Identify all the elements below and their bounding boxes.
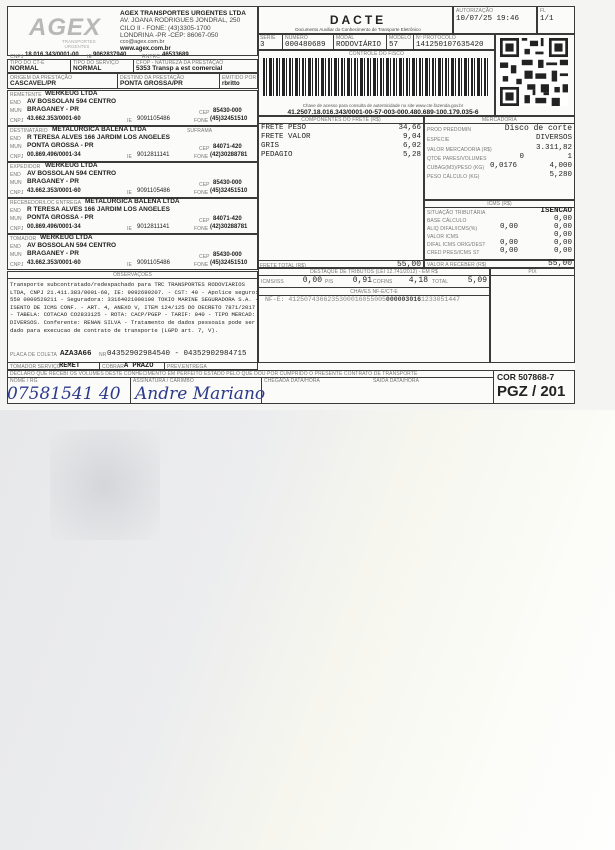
- componente-value: 5,28: [367, 151, 421, 159]
- remetente-cnpj: 43.662.353/0001-60: [27, 116, 81, 122]
- expedidor-municipio: BRAGANEY - PR: [27, 178, 79, 185]
- mun-label: MUN: [10, 108, 22, 114]
- base-calculo: 0,00: [532, 215, 572, 223]
- nfe-number: 000003016: [386, 296, 421, 303]
- emitido: rbritto: [222, 81, 240, 87]
- pix-box: [490, 268, 575, 363]
- end-label: END: [10, 100, 21, 106]
- company-ie: 9062837940: [93, 52, 126, 58]
- cep-label: CEP: [199, 146, 210, 152]
- cep-label: CEP: [199, 254, 210, 260]
- prod-predomin: Disco de corte: [487, 124, 572, 133]
- remetente-name: WERKEUG LTDA: [45, 90, 98, 97]
- valor-icms: 0,00: [532, 231, 572, 239]
- cofins: 4,18: [390, 276, 428, 285]
- recebedor-cnpj: 00.869.496/0001-34: [27, 224, 81, 230]
- cubagem-label: CUBAG(m3)/PESO (Kg): [427, 165, 484, 171]
- company-city: LONDRINA -PR -CEP: 86067-050: [120, 32, 246, 39]
- nfe-prefix: NF-E: 4125074366235300016055005: [265, 296, 386, 303]
- dacte-document: AGEX TRANSPORTES URGENTES AGEX TRANSPORT…: [7, 6, 575, 404]
- nfe-chave[interactable]: NF-E: 4125074366235300016055005000003016…: [265, 296, 460, 303]
- especie-label: ESPECIE: [427, 137, 449, 143]
- observacoes-text: Transporte subcontratado/redespachado pa…: [10, 281, 260, 334]
- situacao-tributaria-label: SITUAÇÃO TRIBUTÁRIA: [427, 210, 485, 216]
- handwritten-signature: Andre Mariano: [135, 384, 265, 404]
- ie-label: IE: [127, 154, 132, 160]
- qtde-label: QTDE PARES/VOLUMES: [427, 156, 487, 162]
- destinatario-municipio: PONTA GROSSA - PR: [27, 142, 94, 149]
- componente-name: FRETE PESO: [261, 124, 306, 132]
- cnpj-label: CNPJ: [10, 226, 23, 232]
- expedidor-cnpj: 43.662.353/0001-60: [27, 188, 81, 194]
- base-calculo-label: BASE CÁLCULO: [427, 218, 467, 224]
- autorizacao: 10/07/25 19:46: [456, 15, 519, 23]
- expedidor-ie: 9091105486: [137, 188, 170, 194]
- chegada-label: CHEGADA DATA/HORA: [264, 378, 320, 384]
- fone-label: FONE: [194, 226, 208, 232]
- end-label: END: [10, 172, 21, 178]
- tomador-endereco: AV BOSSOLAN 594 CENTRO: [27, 242, 116, 249]
- end-label: END: [10, 244, 21, 250]
- componente-value: 6,02: [367, 142, 421, 150]
- placa: AZA3A66: [60, 350, 92, 358]
- fone-label: FONE: [194, 154, 208, 160]
- saida-label: SAÍDA DATA/HORA: [373, 378, 419, 384]
- icms-iss: 0,00: [277, 276, 322, 285]
- tributos-total-label: TOTAL: [432, 279, 448, 285]
- ie-label: IE: [127, 262, 132, 268]
- modal: RODOVIÁRIO: [336, 41, 381, 49]
- componente-name: FRETE VALOR: [261, 133, 311, 141]
- remetente-cep: 85430-000: [213, 108, 242, 114]
- end-label: END: [10, 136, 21, 142]
- remetente-municipio: BRAGANEY - PR: [27, 106, 79, 113]
- company-rntrc: 46533689: [162, 52, 189, 58]
- ie-label: IE: [127, 118, 132, 124]
- paper-smudge: [50, 430, 160, 540]
- valor-icms-label: VALOR ICMS: [427, 234, 458, 240]
- expedidor-fone: (45)32451510: [210, 188, 247, 194]
- cred-pres-label: CRED PRES/ICMS ST: [427, 250, 480, 256]
- mun-label: MUN: [10, 216, 22, 222]
- valor-mercadoria: 3.311,82: [487, 144, 572, 152]
- componente-value: 34,66: [367, 124, 421, 132]
- tipo-cte: NORMAL: [10, 65, 39, 72]
- aliq-difal: 0,00: [490, 223, 518, 231]
- destinatario-cnpj: 00.869.496/0001-34: [27, 152, 81, 158]
- especie: DIVERSOS: [487, 134, 572, 142]
- cor-code: COR 507868-7: [497, 372, 554, 382]
- remetente-endereco: AV BOSSOLAN 594 CENTRO: [27, 98, 116, 105]
- difal-dest: 0,00: [532, 239, 572, 247]
- difal-orig: 0,00: [490, 239, 518, 247]
- logo-subtitle: TRANSPORTES URGENTES: [62, 39, 92, 49]
- expedidor-endereco: AV BOSSOLAN 594 CENTRO: [27, 170, 116, 177]
- cep-label: CEP: [199, 218, 210, 224]
- cobrar: A PRAZO: [124, 362, 153, 370]
- company-cnpj: 18.016.343/0001-00: [25, 52, 79, 58]
- remetente-fone: (45)32451510: [210, 116, 247, 122]
- modelo: 57: [389, 41, 398, 49]
- fone-label: FONE: [194, 118, 208, 124]
- fone-label: FONE: [194, 190, 208, 196]
- qtde-volumes: 1: [537, 153, 572, 161]
- dacte-subtitle: Documento Auxiliar do Conhecimento de Tr…: [265, 27, 451, 32]
- componente-name: PEDAGIO: [261, 151, 293, 159]
- cnpj-label: CNPJ: [10, 190, 23, 196]
- situacao-tributaria: ISENCAO: [512, 207, 572, 215]
- company-email[interactable]: cco@agex.com.br: [120, 39, 246, 46]
- pgz-code: PGZ / 201: [497, 383, 565, 400]
- tomador-fone: (45)32451510: [210, 260, 247, 266]
- fone-label: FONE: [194, 262, 208, 268]
- tipo-servico: NORMAL: [73, 65, 102, 72]
- mun-label: MUN: [10, 252, 22, 258]
- cnpj-label: CNPJ: [10, 118, 23, 124]
- fl: 1/1: [540, 15, 554, 23]
- chave-acesso[interactable]: 41.2507.18.016.343/0001-00-57-003-000.48…: [265, 109, 501, 116]
- pis-label: PIS: [325, 279, 333, 285]
- autorizacao-label: AUTORIZAÇÃO: [456, 8, 493, 14]
- protocolo: 141250107635420: [416, 41, 484, 49]
- cnpj-label: CNPJ: [10, 262, 23, 268]
- peso: 4,000: [532, 162, 572, 170]
- destinatario-name: METALURGICA BALENA LTDA: [52, 126, 147, 133]
- recebedor-cep: 84071-420: [213, 216, 242, 222]
- valor-mercadoria-label: VALOR MERCADORIA (R$): [427, 147, 492, 153]
- recebedor-endereco: R TERESA ALVES 166 JARDIM LOS ANGELES: [27, 206, 170, 213]
- controle-fisco-label: CONTROLE DO FISCO: [258, 51, 495, 57]
- tomador-servico: REMET: [59, 362, 80, 370]
- difal-label: DIFAL ICMS ORIG/DEST: [427, 242, 486, 248]
- qtde-pares: 0: [497, 153, 524, 161]
- qr-code-icon[interactable]: [500, 38, 568, 106]
- componente-value: 9,04: [367, 133, 421, 141]
- icms-st: 0,00: [532, 247, 572, 255]
- fl-label: FL: [540, 8, 546, 14]
- valor-receber: 55,00: [512, 259, 572, 268]
- company-info: AGEX TRANSPORTES URGENTES LTDA AV. JOANA…: [120, 10, 246, 54]
- destinatario-cep: 84071-420: [213, 144, 242, 150]
- company-address: AV. JOANA RODRIGUES JONDRAL, 250: [120, 17, 246, 24]
- recebedor-municipio: PONTA GROSSA - PR: [27, 214, 94, 221]
- barcode: [263, 58, 490, 96]
- recebedor-ie: 9012811141: [137, 224, 169, 230]
- destino: PONTA GROSSA/PR: [120, 80, 183, 87]
- cubagem: 0,0176: [490, 162, 517, 170]
- company-phone: CILO II - FONE: (43)3305-1700: [120, 25, 246, 32]
- end-label: END: [10, 208, 21, 214]
- prod-predomin-label: PROD PREDOMIN: [427, 127, 471, 133]
- cnpj-label: CNPJ: [10, 154, 23, 160]
- recebedor-fone: (42)30288781: [210, 224, 247, 230]
- tomador-ie: 9091105486: [137, 260, 170, 266]
- tomador-name: WERKEUG LTDA: [40, 234, 93, 241]
- tomador-cep: 85430-000: [213, 252, 242, 258]
- expedidor-name: WERKEUG LTDA: [45, 162, 98, 169]
- cfop: 5353 Transp a est comercial: [136, 65, 222, 72]
- destinatario-fone: (42)30288781: [210, 152, 247, 158]
- aliq-icms: 0,00: [532, 223, 572, 231]
- chave-acesso-label: Chave de acesso para consulta de autenti…: [265, 103, 501, 108]
- recebedor-name: METALURGICA BALENA LTDA: [85, 198, 180, 205]
- remetente-ie: 9091105486: [137, 116, 170, 122]
- nr-label: NR: [99, 352, 106, 358]
- cep-label: CEP: [199, 110, 210, 116]
- numero: 000480689: [285, 41, 326, 49]
- peso-calculo-label: PESO CÁLCULO (Kg): [427, 174, 480, 180]
- tomador-cnpj: 43.662.353/0001-60: [27, 260, 81, 266]
- mun-label: MUN: [10, 180, 22, 186]
- origem: CASCAVEL/PR: [10, 80, 56, 87]
- destinatario-endereco: R TERESA ALVES 166 JARDIM LOS ANGELES: [27, 134, 170, 141]
- agex-logo: AGEX: [29, 14, 101, 42]
- mun-label: MUN: [10, 144, 22, 150]
- tributos-total: 5,09: [447, 276, 487, 285]
- componente-name: GRIS: [261, 142, 279, 150]
- suframa-label: SUFRAMA: [187, 128, 212, 134]
- peso-calculo: 5,280: [532, 171, 572, 179]
- serie: 3: [260, 41, 265, 49]
- aliq-label: ALIQ DIFAL/ICMS(%): [427, 226, 477, 232]
- company-name: AGEX TRANSPORTES URGENTES LTDA: [120, 10, 246, 17]
- ie-label: IE: [127, 190, 132, 196]
- destinatario-ie: 9012811141: [137, 152, 169, 158]
- cep-label: CEP: [199, 182, 210, 188]
- placa-label: PLACA DE COLETA: [10, 352, 57, 358]
- coleta-nr: 04352902984540 - 04352902984715: [107, 350, 247, 358]
- pis: 0,91: [337, 276, 372, 285]
- ie-label: IE: [127, 226, 132, 232]
- expedidor-cep: 85430-000: [213, 180, 242, 186]
- tomador-municipio: BRAGANEY - PR: [27, 250, 79, 257]
- dacte-title: DACTE: [265, 13, 451, 27]
- cred-pres: 0,00: [490, 247, 518, 255]
- handwritten-rg: 07581541 40: [7, 384, 121, 404]
- nfe-suffix: 1233051447: [421, 296, 460, 303]
